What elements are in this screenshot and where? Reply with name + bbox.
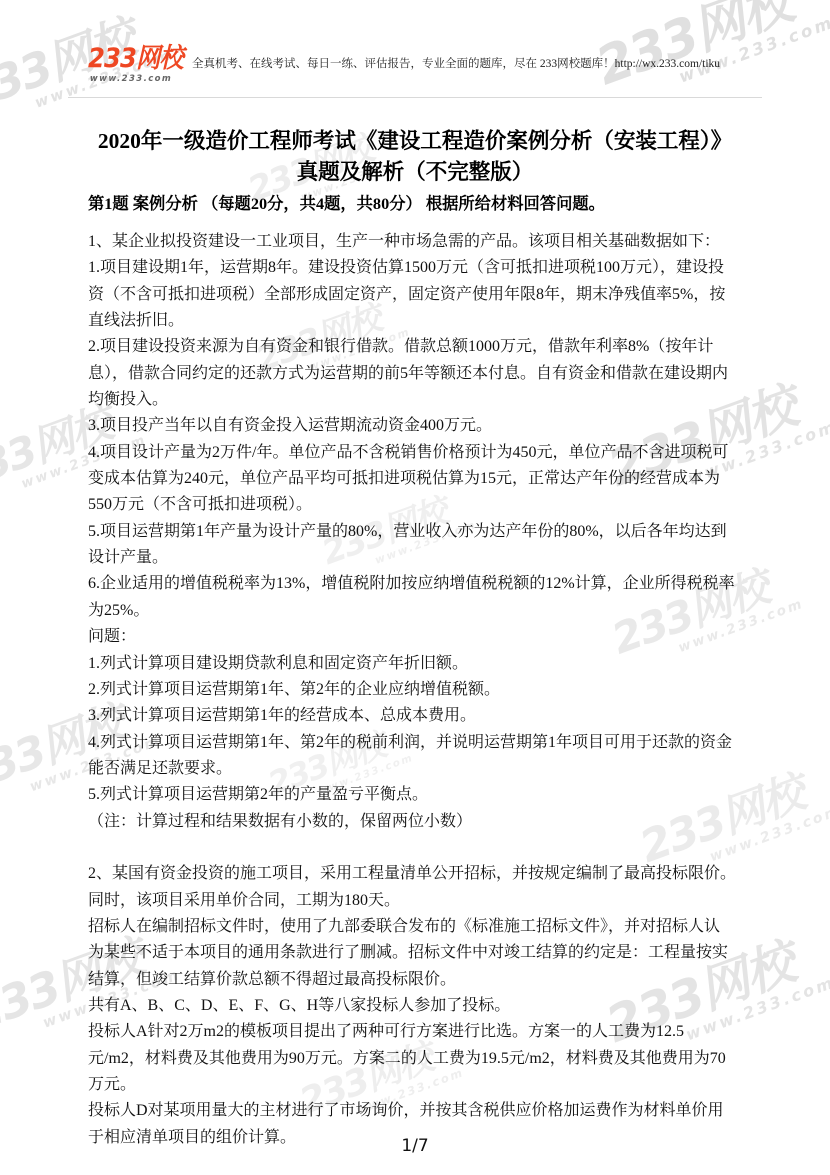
section-heading: 第1题 案例分析 （每题20分，共4题，共80分） 根据所给材料回答问题。 bbox=[88, 194, 748, 214]
header-tagline: 全真机考、在线考试、每日一练、评估报告，专业全面的题库，尽在 233网校题库！h… bbox=[192, 57, 772, 72]
watermark: 233网校 www.233.com bbox=[590, 0, 804, 111]
logo-wordmark: 233网校 bbox=[88, 45, 183, 72]
watermark-text: 233网校 bbox=[589, 0, 800, 97]
document-page: 233网校 www.233.com 233网校 www.233.com 233网… bbox=[0, 0, 830, 1175]
logo-subtext: www.233.com bbox=[88, 75, 174, 84]
header-divider bbox=[68, 97, 762, 98]
question-2-text: 2、某国有资金投资的施工项目，采用工程量清单公开招标，并按规定编制了最高投标限价… bbox=[88, 861, 748, 1151]
doc-title: 2020年一级造价工程师考试《建设工程造价案例分析（安装工程）》 真题及解析（不… bbox=[0, 126, 830, 188]
question-1-text: 1、某企业拟投资建设一工业项目，生产一种市场急需的产品。该项目相关基础数据如下：… bbox=[88, 229, 748, 835]
brand-logo: 233网校 www.233.com bbox=[88, 45, 193, 84]
page-number: 1/7 bbox=[0, 1136, 830, 1156]
doc-body: 1、某企业拟投资建设一工业项目，生产一种市场急需的产品。该项目相关基础数据如下：… bbox=[88, 229, 748, 1151]
